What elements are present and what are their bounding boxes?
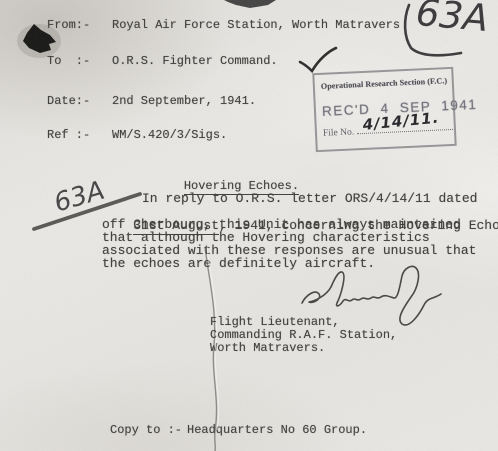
body-line-6: the echoes are definitely aircraft. xyxy=(102,257,375,271)
margin-file-ref-handwritten: 63A xyxy=(51,176,108,219)
date-label: Date:- xyxy=(47,94,90,108)
corner-file-ref-handwritten: 63A xyxy=(414,0,490,40)
body-line-1: In reply to O.R.S. letter ORS/4/14/11 da… xyxy=(142,192,477,206)
copy-to-value: Headquarters No 60 Group. xyxy=(187,423,367,437)
stamp-file-row: File No. 4/14/11. xyxy=(323,120,449,139)
to-label: To :- xyxy=(47,54,90,68)
stamp-title: Operational Research Section (F.C.) xyxy=(321,76,447,91)
ref-label: Ref :- xyxy=(47,128,90,142)
signoff-rank: Flight Lieutenant, xyxy=(210,315,340,329)
date-value: 2nd September, 1941. xyxy=(112,94,256,108)
top-edge-mark xyxy=(224,0,276,8)
signoff-title: Commanding R.A.F. Station, xyxy=(210,328,397,342)
from-label: From:- xyxy=(47,18,90,32)
ref-value: WM/S.420/3/Sigs. xyxy=(112,128,227,142)
received-stamp: Operational Research Section (F.C.) REC'… xyxy=(312,67,456,152)
checkmark-icon xyxy=(300,48,336,71)
scanned-letter-page: From:- Royal Air Force Station, Worth Ma… xyxy=(0,0,498,451)
from-value: Royal Air Force Station, Worth Matravers xyxy=(112,18,400,32)
to-value: O.R.S. Fighter Command. xyxy=(112,54,278,68)
signoff-station: Worth Matravers. xyxy=(210,341,325,355)
copy-to-label: Copy to :- xyxy=(110,423,182,437)
stamp-file-label: File No. xyxy=(323,127,355,138)
